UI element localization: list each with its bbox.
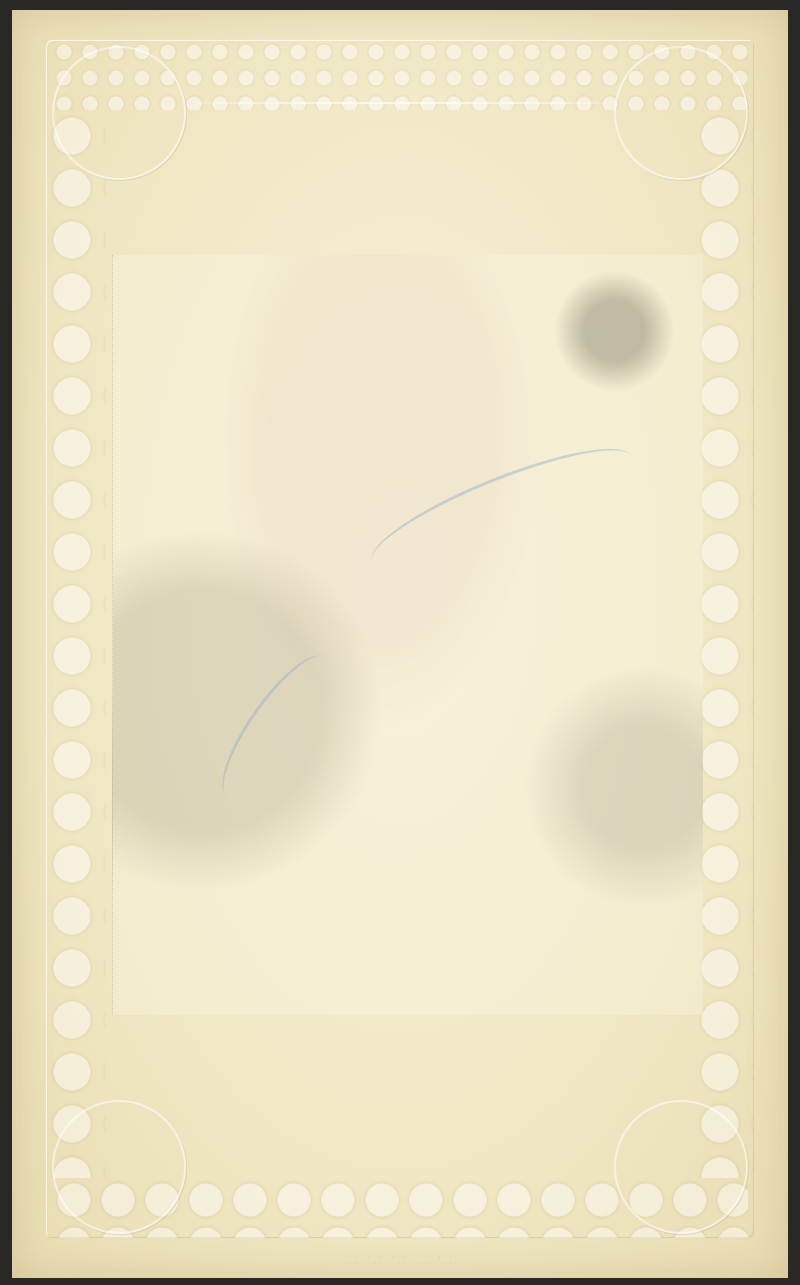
corner-medallion-top-left (52, 46, 186, 180)
embossed-border-left (46, 110, 106, 1178)
embossed-top-rule (192, 102, 608, 104)
embossed-border-right (694, 110, 754, 1178)
corner-medallion-bottom-right (614, 1100, 748, 1234)
show-through-plate-area (112, 255, 703, 1015)
corner-medallion-top-right (614, 46, 748, 180)
paper-sheet: · · · · · · · · · · (12, 10, 788, 1278)
corner-medallion-bottom-left (52, 1100, 186, 1234)
maker-mark: · · · · · · · · · · (12, 1254, 788, 1264)
